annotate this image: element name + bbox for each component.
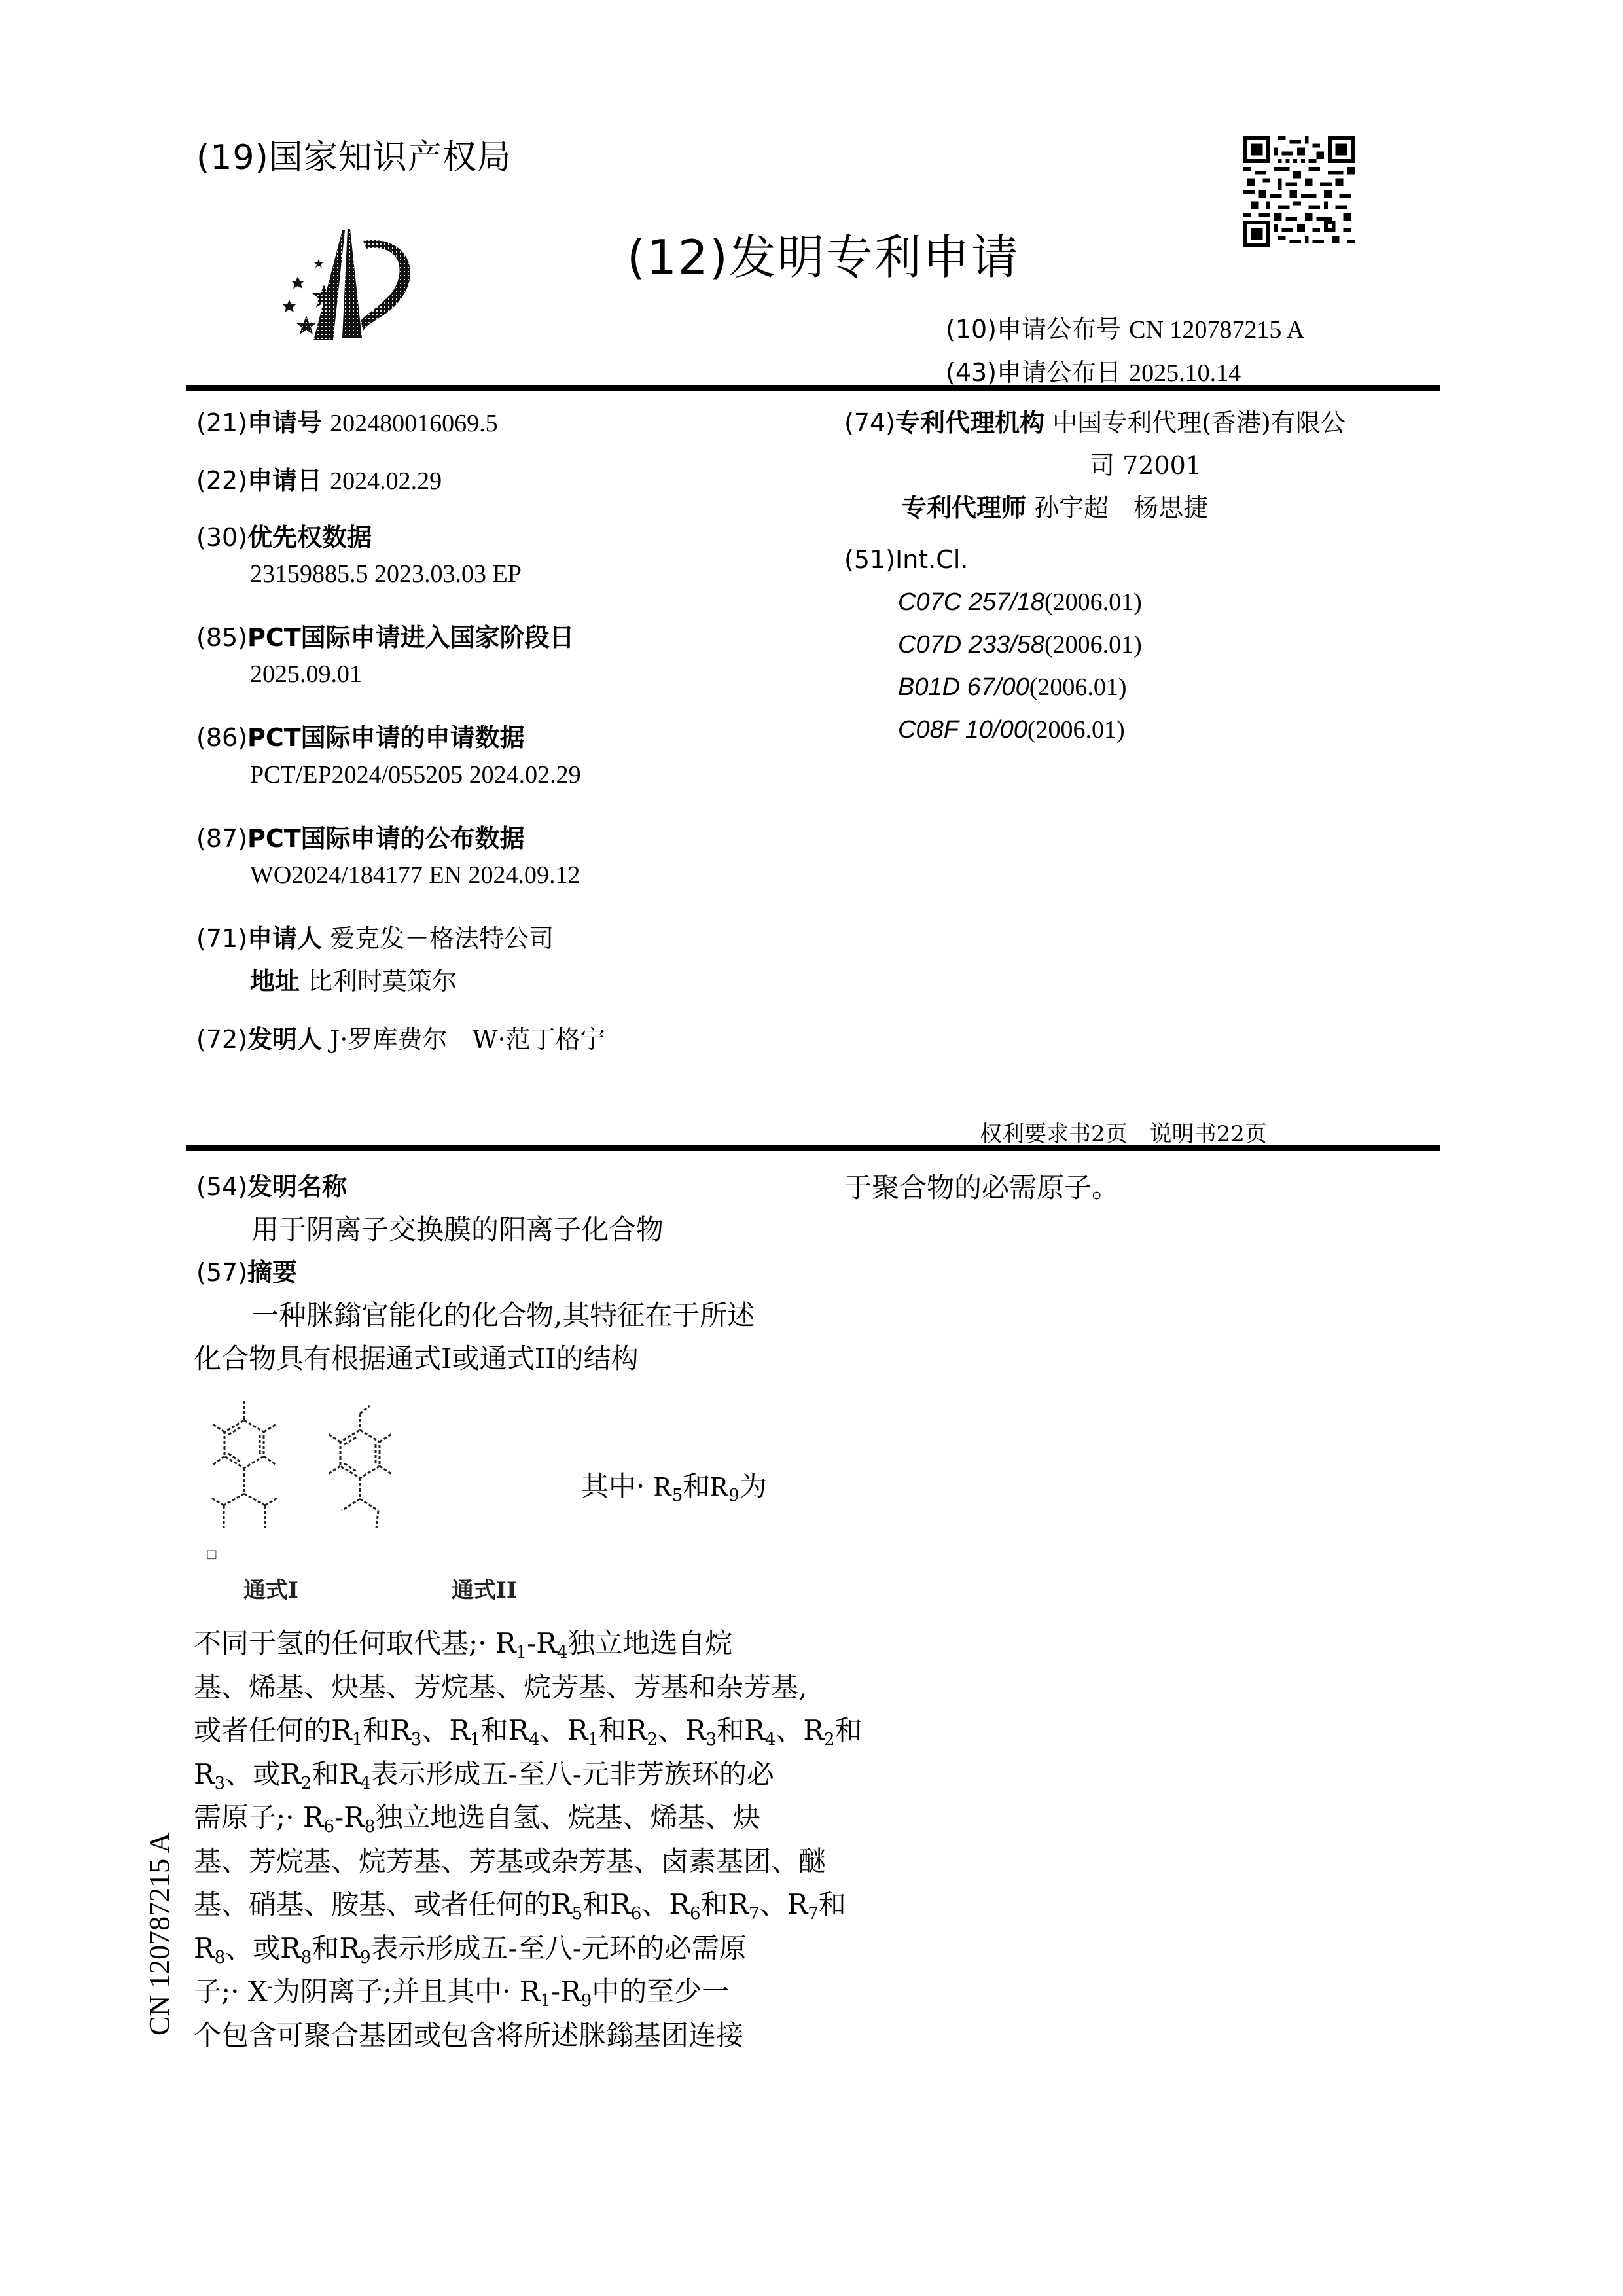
application-date: 2024.02.29 [330, 467, 442, 495]
agency-name: 中国专利代理(香港)有限公 [1052, 408, 1346, 437]
pct-publication-data: WO2024/184177 EN 2024.09.12 [250, 861, 580, 889]
agency-label: 专利代理机构 [895, 408, 1044, 437]
publication-date-row: (43)申请公布日 2025.10.14 [946, 352, 1241, 388]
ipc-item: C07C 257/18(2006.01) [898, 588, 1142, 617]
abstract-line: 需原子;· R6-R8独立地选自氢、烷基、烯基、炔 [194, 1796, 760, 1837]
field-pct-publication: (87)PCT国际申请的公布数据 [196, 818, 525, 854]
abstract-line: 一种脒鎓官能化的化合物,其特征在于所述 [251, 1294, 755, 1333]
formula-ii-structure [327, 1406, 393, 1528]
applicant-name: 爱克发－格法特公司 [330, 924, 554, 953]
ipc-item: B01D 67/00(2006.01) [898, 673, 1127, 702]
abstract-line: R8、或R8和R9表示形成五-至八-元环的必需原 [194, 1927, 747, 1967]
agents-label: 专利代理师 [902, 493, 1026, 522]
agency-name-continued: 司 72001 [1090, 445, 1202, 481]
svg-text:□: □ [206, 1547, 217, 1561]
abstract-line: 不同于氢的任何取代基;· R1-R4独立地选自烷 [194, 1622, 732, 1662]
priority-label: 优先权数据 [247, 523, 372, 552]
publication-date: 2025.10.14 [1129, 359, 1241, 387]
header-divider [186, 385, 1440, 391]
field-application-number: (21)申请号 202480016069.5 [196, 403, 498, 439]
publication-date-label: (43)申请公布日 [946, 358, 1121, 387]
field-agents: 专利代理师 孙宇超 杨思捷 [902, 488, 1208, 524]
title-label: 发明名称 [247, 1172, 347, 1201]
priority-data: 23159885.5 2023.03.03 EP [250, 560, 522, 588]
abstract-line: 或者任何的R1和R3、R1和R4、R1和R2、R3和R4、R2和 [194, 1709, 863, 1749]
abstract-continuation: 于聚合物的必需原子。 [844, 1166, 1119, 1206]
formula-i-structure [211, 1401, 278, 1528]
field-pct-entry: (85)PCT国际申请进入国家阶段日 [196, 617, 575, 653]
office-name: (19)国家知识产权局 [196, 130, 512, 179]
document-type-title: (12)发明专利申请 [627, 219, 1020, 287]
field-abstract: (57)摘要 [196, 1252, 297, 1288]
field-agency: (74)专利代理机构 中国专利代理(香港)有限公 [844, 403, 1346, 439]
field-application-date: (22)申请日 2024.02.29 [196, 460, 442, 496]
cnipa-logo-icon [265, 223, 422, 347]
pages-note: 权利要求书2页 说明书22页 [980, 1116, 1267, 1148]
field-ipc: (51)Int.Cl. [844, 545, 968, 574]
invention-title: 用于阴离子交换膜的阳离子化合物 [251, 1208, 664, 1247]
structure-caption-ii: 通式II [452, 1572, 517, 1604]
abstract-divider [186, 1145, 1440, 1151]
inventor-label: 发明人 [247, 1025, 322, 1054]
side-publication-number: CN 120787215 A [143, 1833, 176, 2036]
publication-number: CN 120787215 A [1129, 316, 1304, 344]
application-number: 202480016069.5 [330, 410, 498, 437]
applicant-label: 申请人 [247, 924, 322, 953]
qr-code-icon [1243, 136, 1355, 247]
field-title: (54)发明名称 [196, 1166, 347, 1202]
pct-entry-date: 2025.09.01 [250, 660, 362, 689]
address-value: 比利时莫策尔 [308, 967, 457, 996]
abstract-line: 化合物具有根据通式I或通式II的结构 [194, 1337, 639, 1376]
abstract-line: 个包含可聚合基团或包含将所述脒鎓基团连接 [194, 2014, 743, 2053]
address-label: 地址 [250, 967, 300, 996]
field-address: 地址 比利时莫策尔 [250, 961, 457, 997]
application-date-label: 申请日 [247, 466, 322, 495]
abstract-line: 子;· X-为阴离子;并且其中· R1-R9中的至少一 [194, 1970, 729, 2011]
abstract-wherein: 其中· R5和R9为 [581, 1465, 767, 1505]
structure-caption-i: 通式I [243, 1572, 298, 1604]
pct-entry-label: PCT国际申请进入国家阶段日 [247, 623, 575, 652]
pct-application-label: PCT国际申请的申请数据 [247, 723, 525, 752]
application-number-label: 申请号 [247, 408, 322, 437]
abstract-line: 基、烯基、炔基、芳烷基、烷芳基、芳基和杂芳基, [194, 1666, 807, 1705]
ipc-item: C07D 233/58(2006.01) [898, 630, 1142, 659]
publication-number-label: (10)申请公布号 [946, 315, 1121, 344]
abstract-line: R3、或R2和R4表示形成五-至八-元非芳族环的必 [194, 1753, 774, 1793]
abstract-label: 摘要 [247, 1258, 297, 1287]
field-priority: (30)优先权数据 [196, 517, 372, 553]
abstract-line: 基、硝基、胺基、或者任何的R5和R6、R6和R7、R7和 [194, 1883, 846, 1924]
field-applicant: (71)申请人 爱克发－格法特公司 [196, 918, 554, 954]
field-pct-application: (86)PCT国际申请的申请数据 [196, 717, 525, 753]
agents-names: 孙宇超 杨思捷 [1034, 493, 1208, 522]
field-inventor: (72)发明人 J·罗库费尔 W·范丁格宁 [196, 1019, 605, 1055]
pct-publication-label: PCT国际申请的公布数据 [247, 824, 525, 853]
publication-number-row: (10)申请公布号 CN 120787215 A [946, 309, 1304, 345]
pct-application-data: PCT/EP2024/055205 2024.02.29 [250, 761, 581, 789]
inventor-names: J·罗库费尔 W·范丁格宁 [330, 1025, 605, 1054]
abstract-line: 基、芳烷基、烷芳基、芳基或杂芳基、卤素基团、醚 [194, 1840, 826, 1879]
ipc-label: Int.Cl. [895, 545, 968, 574]
ipc-item: C08F 10/00(2006.01) [898, 715, 1125, 744]
